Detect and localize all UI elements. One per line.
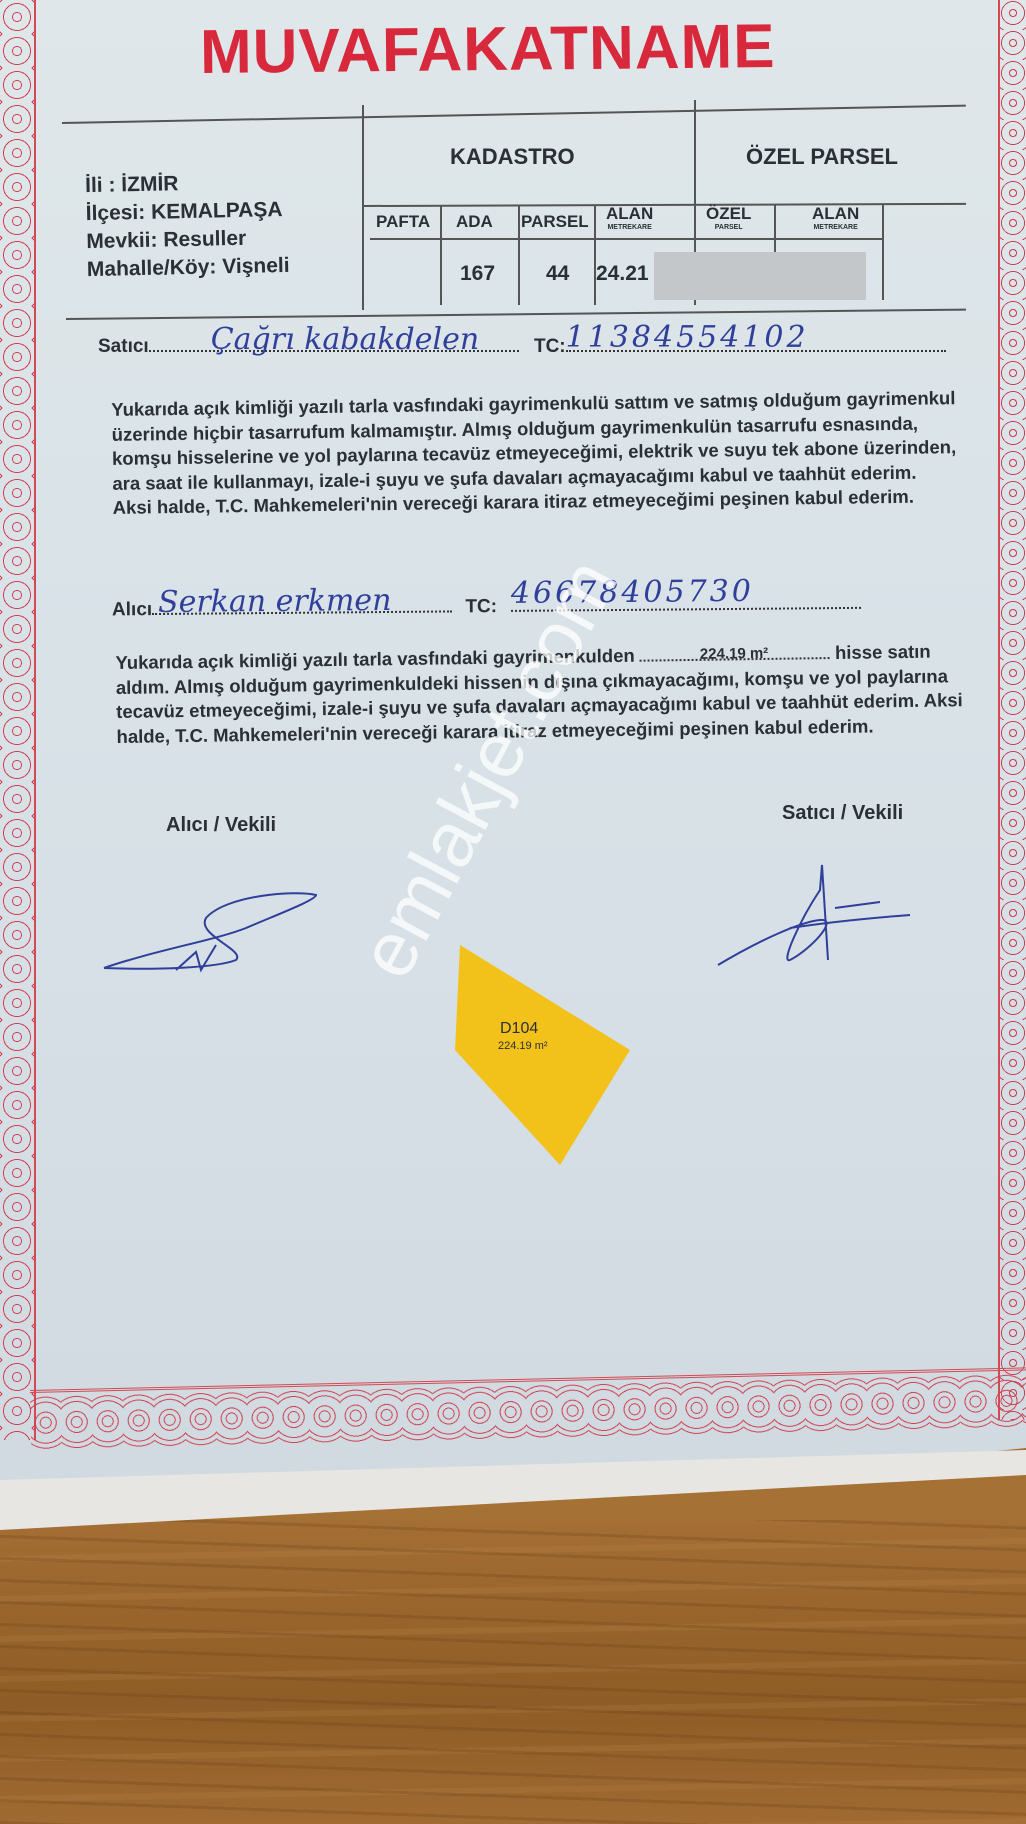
table-divider (518, 205, 520, 305)
locality: Mevkii: Resuller (86, 224, 289, 256)
seller-signature (710, 860, 930, 980)
village: Mahalle/Köy: Vişneli (87, 252, 290, 284)
ornamental-border-right (998, 0, 1026, 1420)
seller-line: SatıcıÇağrı kabakdelen TC:11384554102 (98, 336, 958, 358)
seller-tc-label: TC: (534, 336, 566, 357)
table-divider (362, 105, 364, 310)
cell-parsel: 44 (546, 262, 569, 286)
plot-shape (440, 940, 630, 1170)
district: İlçesi: KEMALPAŞA (85, 196, 288, 228)
seller-signature-label: Satıcı / Vekili (782, 802, 903, 825)
group-header-ozel-parsel: ÖZEL PARSEL (746, 144, 898, 170)
seller-name-field: Çağrı kabakdelen (149, 350, 519, 352)
seller-name: Çağrı kabakdelen (211, 322, 479, 357)
seller-tc-field: 11384554102 (566, 350, 946, 352)
group-header-kadastro: KADASTRO (450, 144, 575, 170)
buyer-name-field: Serkan erkmen (152, 610, 452, 615)
column-header-pafta: PAFTA (376, 212, 430, 232)
province: İli : İZMİR (85, 168, 288, 200)
column-header-ozel: ÖZELPARSEL (706, 204, 751, 231)
buyer-name: Serkan erkmen (158, 583, 392, 620)
seller-paragraph: Yukarıda açık kimliği yazılı tarla vasfı… (111, 386, 959, 520)
seller-label: Satıcı (98, 336, 149, 357)
location-block: İli : İZMİR İlçesi: KEMALPAŞA Mevkii: Re… (85, 168, 290, 284)
buyer-signature (96, 890, 336, 990)
document-title: MUVAFAKATNAME (200, 11, 776, 88)
column-header-ozel-alan: ALANMETREKARE (812, 204, 859, 231)
column-header-parsel: PARSEL (521, 212, 589, 232)
ornamental-border-left (0, 0, 36, 1440)
buyer-signature-label: Alıcı / Vekili (166, 814, 276, 837)
table-divider (882, 205, 884, 300)
share-amount-field: 224.19 m² (640, 657, 830, 662)
column-header-alan: ALANMETREKARE (606, 204, 653, 231)
column-header-ada: ADA (456, 212, 493, 232)
wooden-table-background (0, 1520, 1026, 1824)
table-divider (594, 205, 596, 305)
seller-tc: 11384554102 (566, 320, 809, 355)
buyer-tc-label: TC: (465, 596, 497, 617)
redaction-box (654, 252, 866, 300)
cell-ada: 167 (460, 262, 495, 286)
share-amount: 224.19 m² (700, 642, 769, 667)
table-divider (440, 205, 442, 305)
table-header-line (370, 238, 884, 240)
plot-id: D104 (500, 1020, 538, 1038)
buyer-label: Alıcı (112, 599, 152, 620)
plot-area: 224.19 m² (498, 1040, 548, 1052)
cell-alan: 24.21 (596, 262, 649, 286)
